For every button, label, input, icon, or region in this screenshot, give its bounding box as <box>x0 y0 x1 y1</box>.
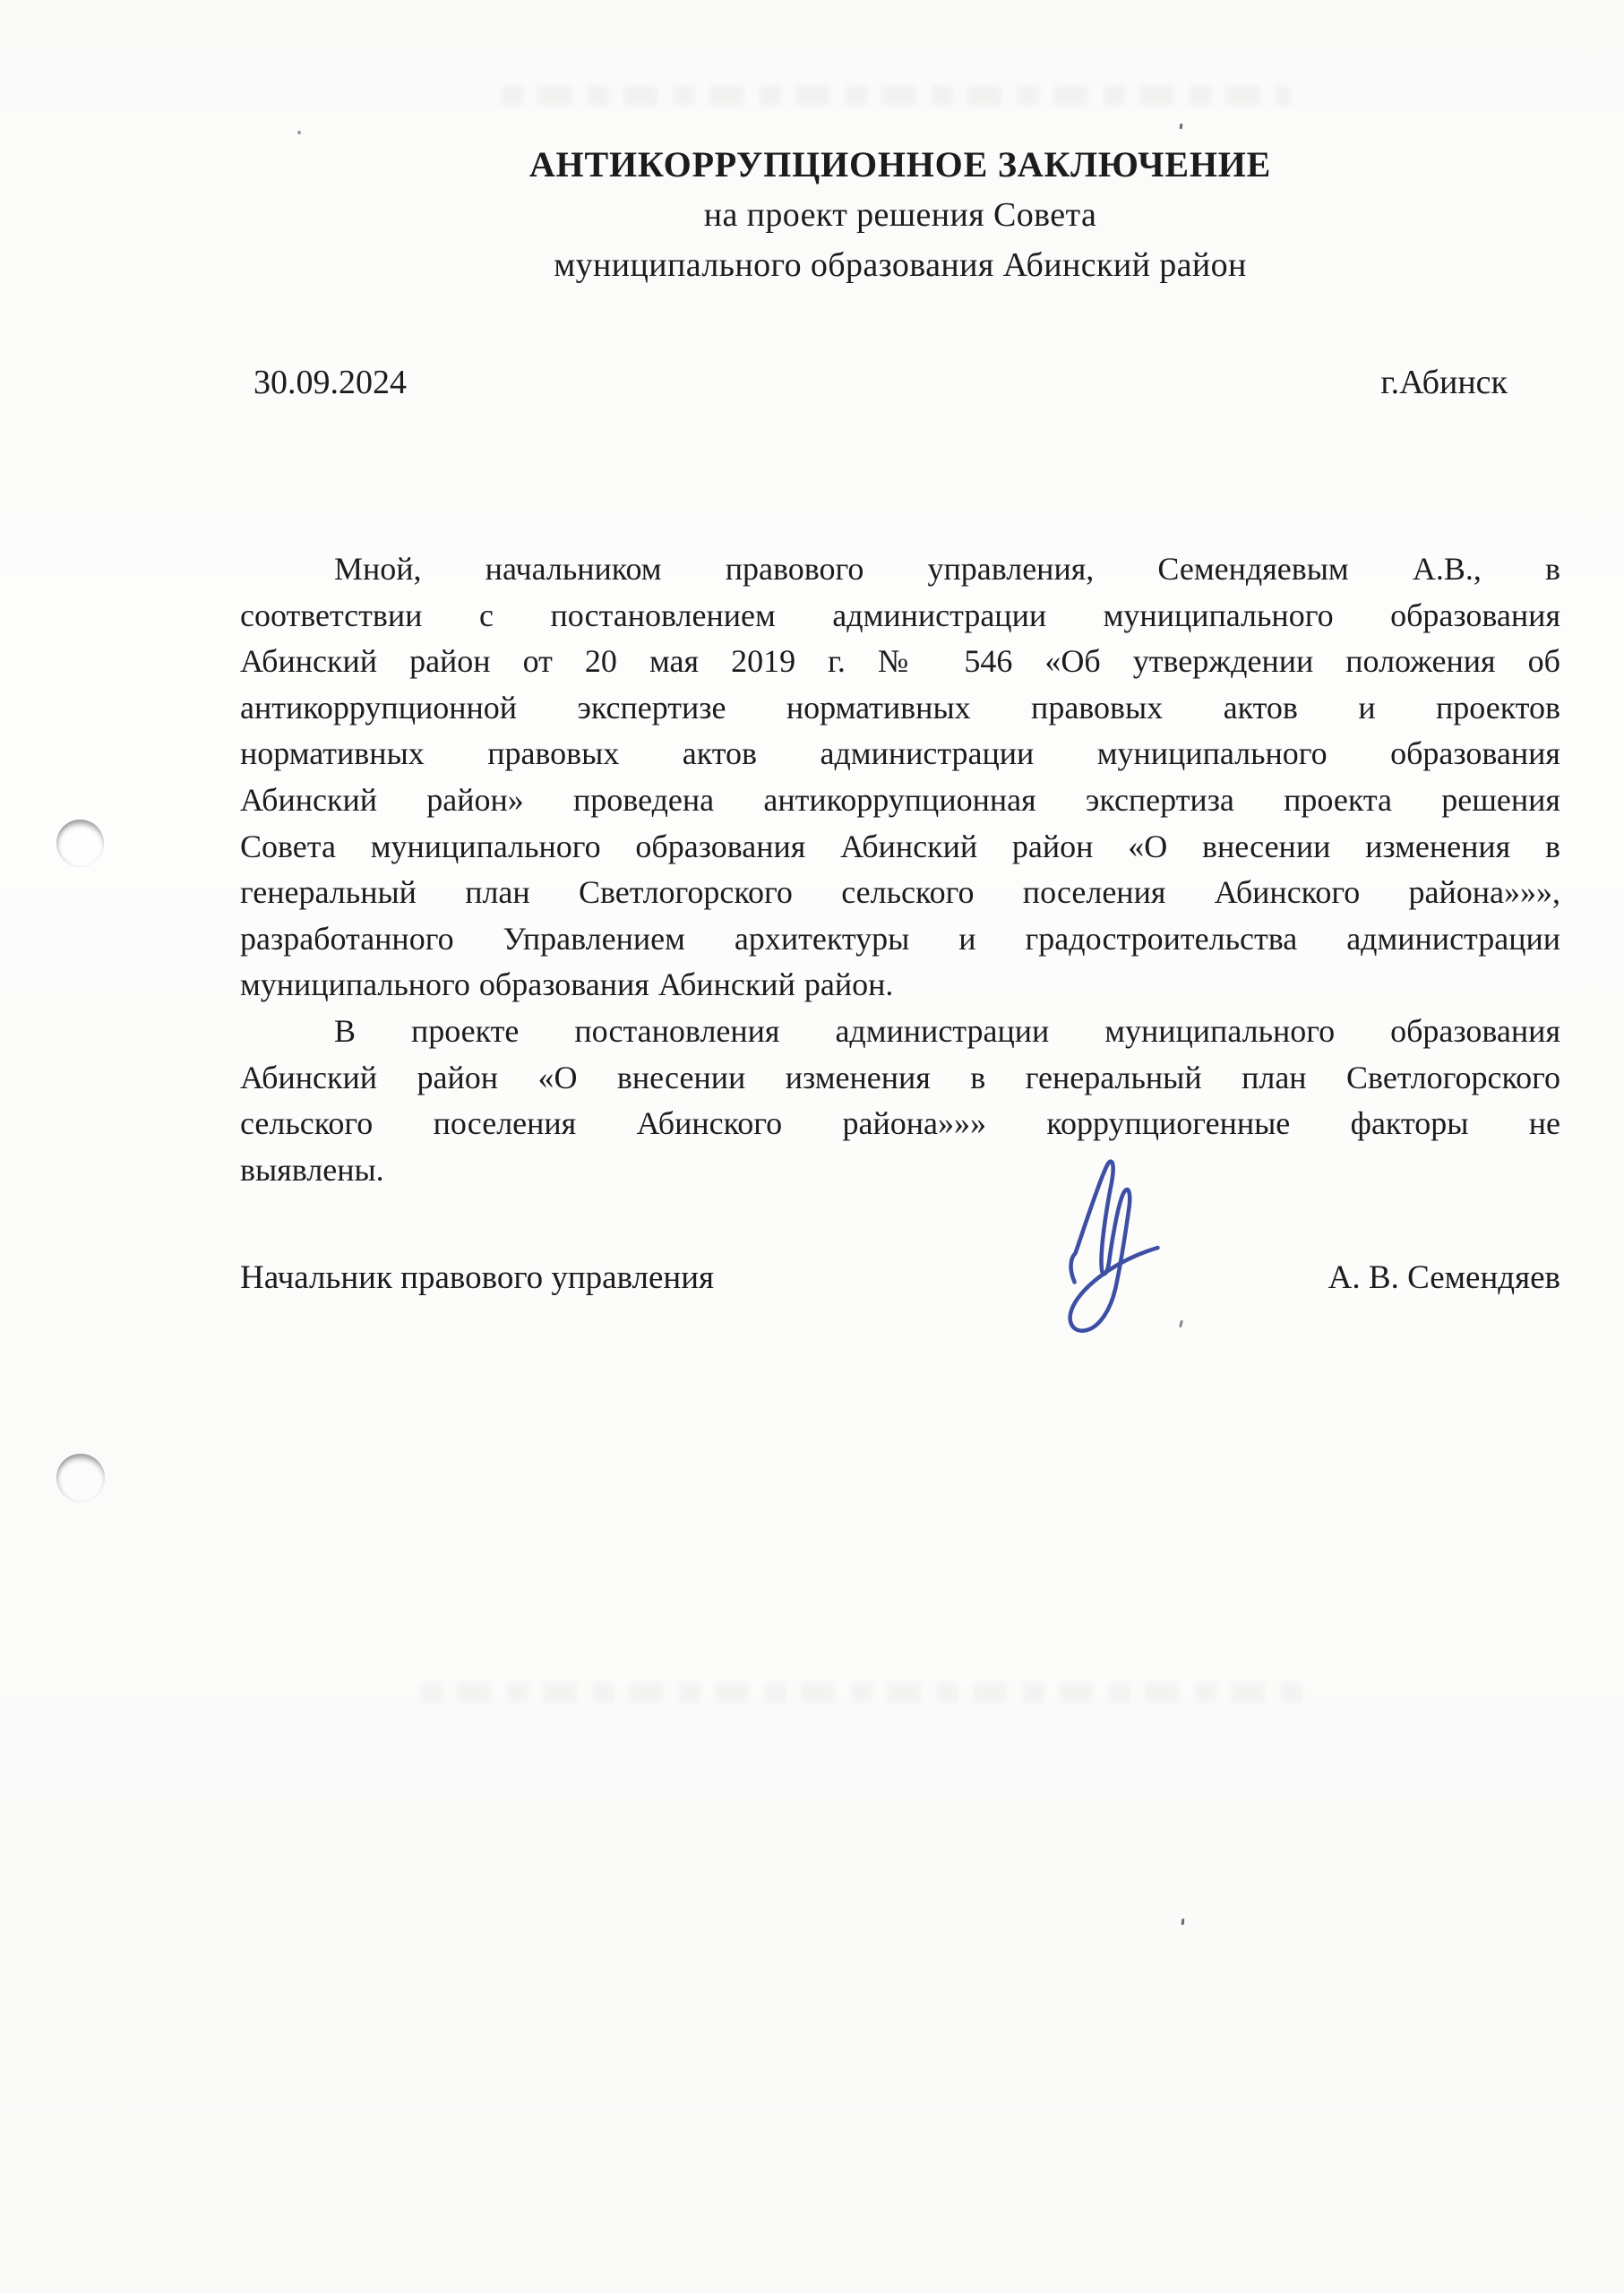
body-line: Абинский район от 20 мая 2019 г. № 546 «… <box>240 639 1560 685</box>
scan-speck <box>297 131 301 134</box>
body-line: генеральный план Светлогорского сельског… <box>240 870 1560 916</box>
scan-speck <box>1180 124 1183 129</box>
body-line: Абинский район» проведена антикоррупцион… <box>240 777 1560 824</box>
body-line: выявлены. <box>240 1147 1560 1194</box>
punch-hole <box>56 820 104 867</box>
body-line: нормативных правовых актов администрации… <box>240 731 1560 777</box>
title-line-1: АНТИКОРРУПЦИОННОЕ ЗАКЛЮЧЕНИЕ <box>240 140 1560 190</box>
document-date: 30.09.2024 <box>253 362 407 403</box>
showthrough-smudge <box>421 1682 1317 1704</box>
title-line-3: муниципального образования Абинский райо… <box>240 240 1560 290</box>
body-line: муниципального образования Абинский райо… <box>240 962 1560 1009</box>
body-line: сельского поселения Абинского района»»» … <box>240 1101 1560 1147</box>
signer-role: Начальник правового управления <box>240 1258 714 1299</box>
title-line-2: на проект решения Совета <box>240 190 1560 240</box>
body-line: Абинский район «О внесении изменения в г… <box>240 1055 1560 1102</box>
body-line: Мной, начальником правового управления, … <box>240 546 1560 593</box>
date-place-row: 30.09.2024 г.Абинск <box>253 362 1560 403</box>
body-line: разработанного Управлением архитектуры и… <box>240 916 1560 963</box>
body-line: В проекте постановления администрации му… <box>240 1009 1560 1055</box>
body-line: Совета муниципального образования Абинск… <box>240 824 1560 871</box>
scan-speck <box>1181 1919 1185 1925</box>
scan-speck <box>1179 1320 1183 1327</box>
signer-name: А. В. Семендяев <box>1328 1258 1560 1299</box>
signature-row: Начальник правового управления А. В. Сем… <box>240 1258 1560 1299</box>
body-line: антикоррупционной экспертизе нормативных… <box>240 685 1560 732</box>
scanned-document-page: АНТИКОРРУПЦИОННОЕ ЗАКЛЮЧЕНИЕ на проект р… <box>0 0 1624 2293</box>
document-title: АНТИКОРРУПЦИОННОЕ ЗАКЛЮЧЕНИЕ на проект р… <box>240 140 1560 290</box>
punch-hole <box>56 1454 105 1502</box>
body-line: соответствии с постановлением администра… <box>240 593 1560 640</box>
document-place: г.Абинск <box>1380 362 1560 403</box>
document-body: Мной, начальником правового управления, … <box>240 546 1560 1193</box>
showthrough-smudge <box>502 86 1290 106</box>
handwritten-signature-icon <box>1060 1154 1169 1344</box>
